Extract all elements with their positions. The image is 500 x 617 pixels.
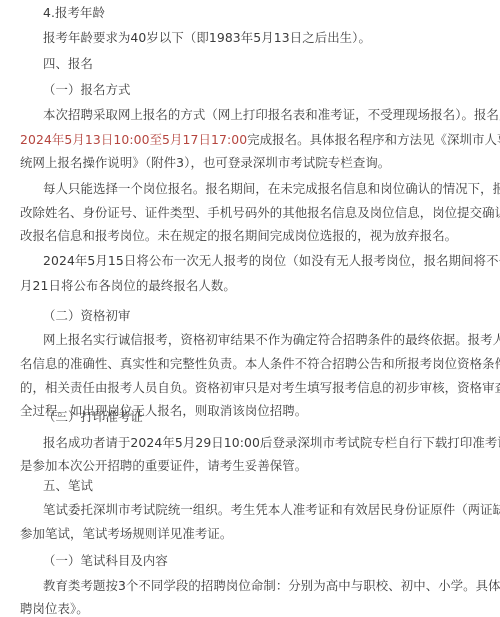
- registration-period-highlight: 2024年5月13日10:00至5月17日17:00: [20, 132, 247, 147]
- paragraph-one-post-line1: 每人只能选择一个岗位报名。报名期间，在未完成报名信息和岗位确认的情况下，报名者可…: [43, 182, 500, 196]
- paragraph-review-line2: 名信息的准确性、真实性和完整性负责。本人条件不符合招聘公告和所报考岗位资格条件和…: [20, 357, 482, 371]
- paragraph-announce-line2: 月21日将公布各岗位的最终报名人数。: [20, 279, 482, 293]
- registration-method-text: 完成报名。具体报名程序和方法见《深圳市人事考评报名系: [247, 132, 500, 147]
- paragraph-one-post-line3: 改报名信息和报考岗位。未在规定的报名期间完成岗位选报的，视为放弃报名。: [20, 229, 482, 243]
- paragraph-review-line1: 网上报名实行诚信报考，资格初审结果不作为确定符合招聘条件的最终依据。报考人员须对…: [43, 333, 500, 347]
- paragraph-exam-line1: 笔试委托深圳市考试院统一组织。考生凭本人准考证和有效居民身份证原件（两证缺一不可…: [43, 503, 500, 517]
- paragraph-subjects-line2: 聘岗位表》。: [20, 602, 482, 616]
- paragraph-registration-method-line1: 本次招聘采取网上报名的方式（网上打印报名表和准考证，不受理现场报名）。报名人员须…: [43, 108, 500, 122]
- paragraph-registration-method-line2: 2024年5月13日10:00至5月17日17:00完成报名。具体报名程序和方法…: [20, 133, 482, 147]
- paragraph-registration-method-line3: 统网上报名操作说明》（附件3），也可登录深圳市考试院专栏查询。: [20, 156, 482, 170]
- paragraph-admission-line2: 是参加本次公开招聘的重要证件，请考生妥善保管。: [20, 459, 482, 473]
- section-heading-exam: 五、笔试: [43, 479, 500, 493]
- paragraph-admission-line1: 报名成功者请于2024年5月29日10:00后登录深圳市考试院专栏自行下载打印准…: [43, 436, 500, 450]
- paragraph-exam-line2: 参加笔试，笔试考场规则详见准考证。: [20, 527, 482, 541]
- paragraph-one-post-line2: 改除姓名、身份证号、证件类型、手机号码外的其他报名信息及岗位信息，岗位提交确认后…: [20, 206, 482, 220]
- subheading-registration-method: （一）报名方式: [43, 83, 500, 97]
- paragraph-announce-line1: 2024年5月15日将公布一次无人报考的岗位（如没有无人报考岗位，报名期间将不公…: [43, 254, 500, 268]
- paragraph-review-line3: 的，相关责任由报考人员自负。资格初审只是对考生填写报考信息的初步审核，资格审查贯…: [20, 381, 482, 395]
- section-heading-registration: 四、报名: [43, 57, 500, 71]
- subheading-print-admission: （三）打印准考证: [43, 410, 500, 424]
- section-heading-age: 4.报考年龄: [43, 6, 500, 20]
- subheading-qualification-review: （二）资格初审: [43, 309, 500, 323]
- subheading-exam-subjects: （一）笔试科目及内容: [43, 554, 500, 568]
- paragraph-age: 报考年龄要求为40岁以下（即1983年5月13日之后出生）。: [43, 31, 500, 45]
- paragraph-subjects-line1: 教育类考题按3个不同学段的招聘岗位命制：分别为高中与职校、初中、小学。具体参见《…: [43, 579, 500, 593]
